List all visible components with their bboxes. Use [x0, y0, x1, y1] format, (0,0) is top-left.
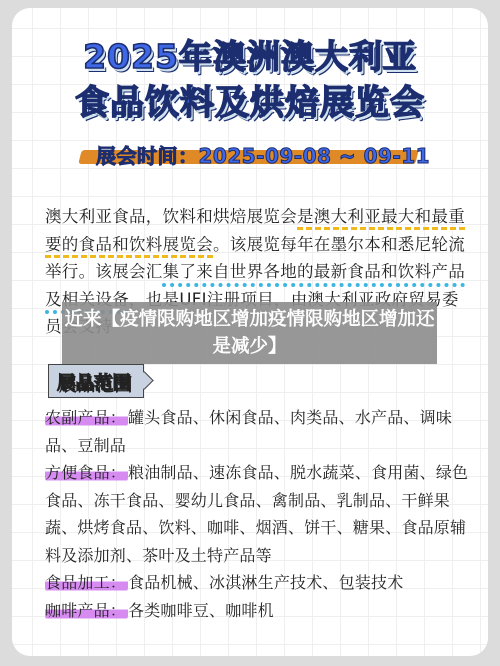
category-items: 食品机械、冰淇淋生产技术、包装技术 — [128, 573, 403, 592]
category-item: 方便食品：粮油制品、速冻食品、脱水蔬菜、食用菌、绿色食品、冻干食品、婴幼儿食品、… — [45, 459, 470, 569]
category-items: 各类咖啡豆、咖啡机 — [128, 601, 274, 620]
product-categories: 农副产品：罐头食品、休闲食品、肉类品、水产品、调味品、豆制品 方便食品：粮油制品… — [45, 404, 470, 624]
section-title-tag: 展品范围 — [48, 364, 144, 398]
headline-overlay[interactable]: 近来【疫情限购地区增加疫情限购地区增加还是减少】 — [62, 302, 437, 364]
category-item: 咖啡产品：各类咖啡豆、咖啡机 — [45, 597, 470, 625]
category-label: 农副产品： — [45, 408, 128, 427]
poster-card: 2025年澳洲澳大利亚 食品饮料及烘焙展览会 展会时间：2025-09-08 ~… — [12, 8, 488, 656]
category-item: 食品加工：食品机械、冰淇淋生产技术、包装技术 — [45, 569, 470, 597]
exhibition-date-banner: 展会时间：2025-09-08 ~ 09-11 — [80, 138, 420, 168]
category-label: 方便食品： — [45, 463, 128, 482]
poster-title-line2: 食品饮料及烘焙展览会 — [12, 86, 488, 120]
intro-segment: 澳大利亚食品，饮料和烘焙展览会 — [45, 207, 297, 226]
category-item: 农副产品：罐头食品、休闲食品、肉类品、水产品、调味品、豆制品 — [45, 404, 470, 459]
category-label: 食品加工： — [45, 573, 128, 592]
exhibition-date: 展会时间：2025-09-08 ~ 09-11 — [96, 140, 430, 169]
section-title: 展品范围 — [57, 369, 131, 395]
category-label: 咖啡产品： — [45, 601, 128, 620]
poster-title-line1: 2025年澳洲澳大利亚 — [12, 40, 488, 73]
